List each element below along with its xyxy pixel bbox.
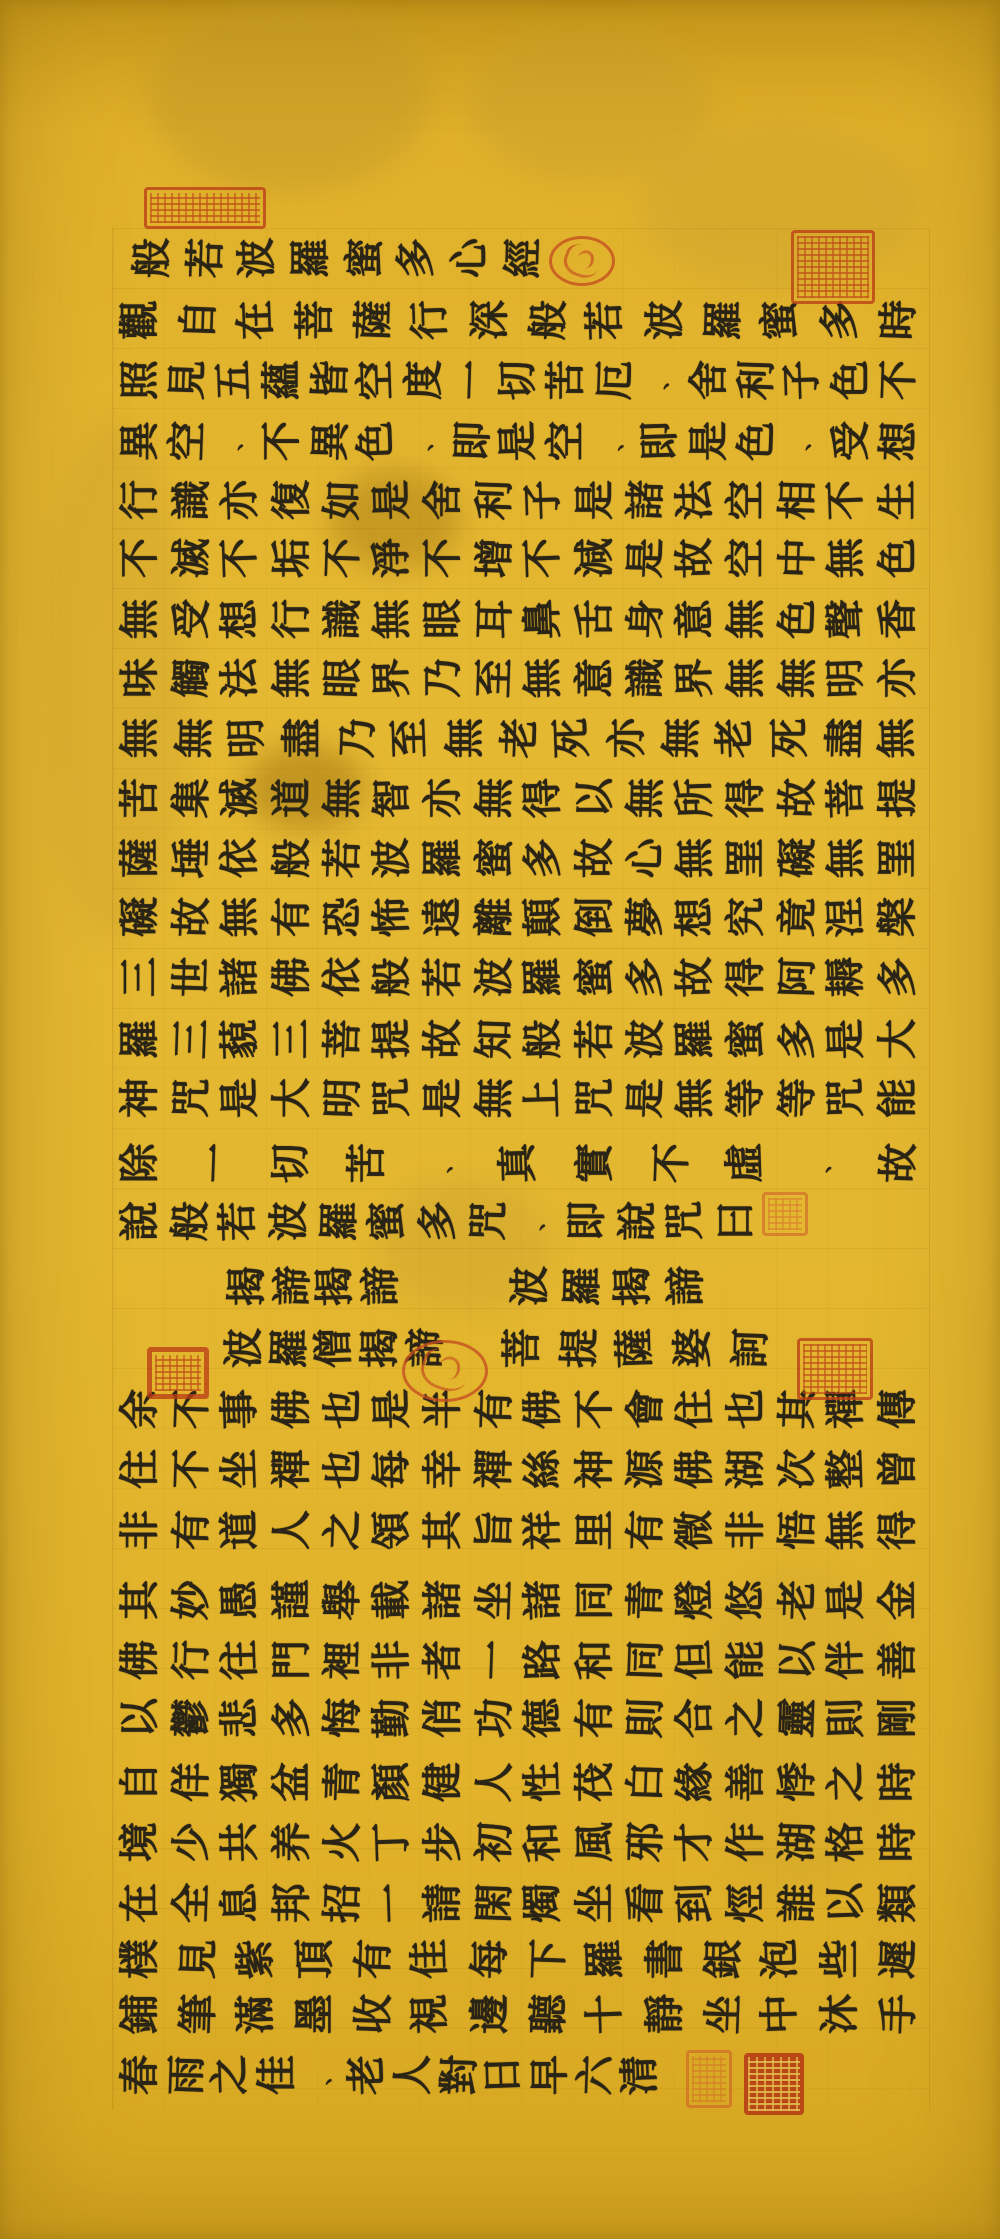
- calligraphy-char: 邪: [623, 1819, 671, 1865]
- calligraphy-char: 佳: [254, 2053, 300, 2097]
- calligraphy-char: 祥: [519, 1507, 567, 1553]
- calligraphy-char: 住: [117, 1447, 163, 1491]
- calligraphy-char: 伴: [823, 1637, 871, 1683]
- calligraphy-char: 同: [572, 1578, 618, 1622]
- calligraphy-char: 微: [671, 1507, 719, 1553]
- calligraphy-char: 增: [471, 535, 519, 581]
- calligraphy-char: 些: [817, 1937, 863, 1981]
- calligraphy-char: 鋪: [117, 1992, 163, 2036]
- text-row: 以鬱悲多悔勤俏功德有則合之靈則剛: [118, 1693, 920, 1743]
- calligraphy-char: 般: [269, 836, 315, 880]
- text-row: 觀自在菩薩行深般若波羅蜜多時: [118, 295, 920, 345]
- calligraphy-char: 泡: [757, 1936, 805, 1982]
- calligraphy-char: 無: [873, 715, 921, 761]
- calligraphy-char: 曾: [875, 1447, 921, 1491]
- calligraphy-char: 礙: [117, 895, 163, 939]
- calligraphy-char: 無: [368, 596, 416, 642]
- calligraphy-char: 其: [117, 1578, 163, 1622]
- calligraphy-char: 青: [623, 1577, 671, 1623]
- calligraphy-char: 舉: [319, 1577, 367, 1623]
- calligraphy-char: 揭: [224, 1264, 270, 1308]
- calligraphy-char: 也: [319, 1386, 367, 1432]
- calligraphy-char: 羅: [582, 1936, 630, 1982]
- calligraphy-char: 不: [823, 477, 871, 523]
- calligraphy-char: 行: [407, 297, 455, 343]
- calligraphy-char: 諦: [663, 1264, 709, 1308]
- calligraphy-char: 無: [671, 835, 719, 881]
- calligraphy-char: 得: [723, 776, 769, 820]
- calligraphy-char: 子: [519, 477, 567, 523]
- calligraphy-char: 之: [823, 1759, 871, 1805]
- calligraphy-char: 春: [117, 2053, 163, 2097]
- calligraphy-char: 無: [723, 597, 769, 641]
- calligraphy-char: 亦: [420, 776, 466, 820]
- calligraphy-char: 照: [117, 358, 163, 402]
- calligraphy-char: 不: [168, 1446, 216, 1492]
- text-row: 揭諦揭諦: [225, 1261, 403, 1311]
- calligraphy-char: 收: [350, 1991, 398, 2037]
- calligraphy-char: 婆: [670, 1326, 716, 1370]
- calligraphy-char: 切: [267, 1140, 315, 1186]
- calligraphy-char: 合: [671, 1695, 719, 1741]
- calligraphy-char: 無: [519, 655, 567, 701]
- text-row: 在全息邦招一請閑燭坐看到烴誰以類: [118, 1878, 920, 1928]
- calligraphy-char: 利: [733, 357, 781, 403]
- calligraphy-char: 邊: [467, 1992, 513, 2036]
- calligraphy-char: 色: [733, 418, 781, 464]
- calligraphy-char: 苦: [543, 358, 589, 402]
- calligraphy-char: 佳: [407, 1936, 455, 1982]
- calligraphy-char: 空: [165, 418, 213, 464]
- calligraphy-char: 是: [823, 1577, 871, 1623]
- text-row: 鋪筆滿墨收視邊聽十靜坐中沐手: [118, 1989, 920, 2039]
- calligraphy-char: 少: [168, 1819, 216, 1865]
- calligraphy-char: 幸: [420, 1447, 466, 1491]
- calligraphy-char: 虛: [722, 1140, 770, 1186]
- calligraphy-char: 受: [168, 596, 216, 642]
- calligraphy-char: 諸: [216, 954, 264, 1000]
- calligraphy-char: 多: [817, 298, 863, 342]
- calligraphy-char: 善: [875, 1638, 921, 1682]
- calligraphy-char: 波: [623, 1016, 671, 1062]
- calligraphy-char: 顛: [519, 894, 567, 940]
- calligraphy-char: 剛: [875, 1696, 921, 1740]
- calligraphy-char: 遲: [875, 1936, 923, 1982]
- calligraphy-char: 故: [420, 1017, 466, 1061]
- text-row: 其妙愚謹舉載諸坐諸同青燈悠老是金: [118, 1575, 920, 1625]
- calligraphy-char: 般: [368, 954, 416, 1000]
- calligraphy-char: 禪: [823, 1386, 871, 1432]
- text-row: 除一切苦、真實不虛、故: [118, 1138, 920, 1188]
- calligraphy-char: 鬱: [168, 1695, 216, 1741]
- calligraphy-char: 般: [129, 236, 175, 280]
- calligraphy-char: 薩: [611, 1325, 659, 1371]
- calligraphy-char: 明: [823, 655, 871, 701]
- calligraphy-char: 整: [823, 1446, 871, 1492]
- calligraphy-char: 風: [572, 1820, 618, 1864]
- calligraphy-char: 眼: [319, 655, 367, 701]
- calligraphy-char: 依: [319, 954, 367, 1000]
- calligraphy-char: 咒: [823, 1075, 871, 1121]
- calligraphy-char: 不: [648, 1140, 696, 1186]
- calligraphy-char: 三: [269, 1017, 315, 1061]
- calligraphy-char: 一: [368, 1880, 416, 1926]
- calligraphy-char: 禪: [471, 1446, 519, 1492]
- calligraphy-char: 悲: [216, 1695, 264, 1741]
- calligraphy-char: 羅: [420, 836, 466, 880]
- calligraphy-char: 切: [494, 357, 542, 403]
- calligraphy-char: 菩: [292, 298, 338, 342]
- calligraphy-char: 不: [117, 536, 163, 580]
- calligraphy-char: 色: [828, 358, 874, 402]
- calligraphy-char: 波: [221, 1326, 267, 1370]
- calligraphy-char: 菩: [499, 1326, 545, 1370]
- calligraphy-char: 道: [269, 776, 315, 820]
- calligraphy-char: 次: [774, 1446, 822, 1492]
- calligraphy-char: 能: [723, 1638, 769, 1682]
- calligraphy-char: 集: [168, 775, 216, 821]
- calligraphy-char: 藐: [216, 1016, 264, 1062]
- calligraphy-scroll: 般若波羅蜜多心經觀自在菩薩行深般若波羅蜜多時照見五蘊皆空度一切苦厄、舍利子色不異…: [0, 0, 1000, 2239]
- paper-stain: [150, 0, 430, 190]
- calligraphy-char: 界: [671, 655, 719, 701]
- text-row: 住不坐禪也每幸禪絲神源佛湖次整曾: [118, 1444, 920, 1494]
- calligraphy-char: 色: [774, 596, 822, 642]
- calligraphy-char: 曰: [713, 1199, 759, 1243]
- calligraphy-char: 雨: [163, 2052, 211, 2098]
- calligraphy-char: 死: [767, 716, 813, 760]
- calligraphy-char: 諸: [519, 1577, 567, 1623]
- calligraphy-char: 諦: [269, 1263, 317, 1309]
- calligraphy-char: 是: [494, 418, 542, 464]
- calligraphy-char: 湖: [723, 1447, 769, 1491]
- calligraphy-char: 多: [269, 1696, 315, 1740]
- text-row: 照見五蘊皆空度一切苦厄、舍利子色不: [118, 355, 920, 405]
- calligraphy-char: 其: [420, 1508, 466, 1552]
- red-seal-top-left-rect: [144, 187, 266, 229]
- calligraphy-char: 依: [216, 835, 264, 881]
- calligraphy-char: 若: [420, 955, 466, 999]
- calligraphy-char: 銀: [700, 1936, 748, 1982]
- text-row: 神咒是大明咒是無上咒是無等等咒能: [118, 1073, 920, 1123]
- calligraphy-char: 相: [774, 477, 822, 523]
- calligraphy-char: 倒: [572, 895, 618, 939]
- calligraphy-char: 老: [496, 715, 544, 761]
- calligraphy-char: 作: [723, 1820, 769, 1864]
- calligraphy-char: 非: [368, 1637, 416, 1683]
- calligraphy-char: 、: [636, 357, 684, 403]
- calligraphy-char: 等: [774, 1075, 822, 1121]
- calligraphy-char: 有: [623, 1507, 671, 1553]
- calligraphy-char: 明: [319, 1075, 367, 1121]
- calligraphy-char: 鼻: [519, 596, 567, 642]
- calligraphy-char: 蜜: [572, 955, 618, 999]
- calligraphy-char: 善: [723, 1760, 769, 1804]
- calligraphy-char: 得: [723, 955, 769, 999]
- calligraphy-char: 蜜: [471, 835, 519, 881]
- calligraphy-char: 波: [507, 1264, 553, 1308]
- calligraphy-char: 息: [216, 1880, 264, 1926]
- calligraphy-char: 初: [471, 1819, 519, 1865]
- calligraphy-char: 菩: [319, 1016, 367, 1062]
- calligraphy-char: 無: [471, 775, 519, 821]
- calligraphy-char: 無: [117, 597, 163, 641]
- calligraphy-char: 即: [449, 418, 497, 464]
- calligraphy-char: 不: [319, 535, 367, 581]
- calligraphy-char: 邦: [269, 1881, 315, 1925]
- calligraphy-char: 埵: [168, 835, 216, 881]
- calligraphy-char: 沐: [817, 1992, 863, 2036]
- calligraphy-char: 般: [525, 297, 573, 343]
- calligraphy-char: 頂: [292, 1937, 338, 1981]
- calligraphy-char: 但: [671, 1637, 719, 1683]
- calligraphy-char: 無: [442, 716, 488, 760]
- calligraphy-char: 無: [723, 656, 769, 700]
- calligraphy-char: 見: [165, 357, 213, 403]
- calligraphy-char: 見: [176, 1936, 224, 1982]
- calligraphy-char: 死: [548, 715, 596, 761]
- calligraphy-char: 提: [556, 1325, 604, 1371]
- calligraphy-char: 無: [269, 656, 315, 700]
- calligraphy-char: 故: [671, 535, 719, 581]
- calligraphy-char: 五: [210, 357, 258, 403]
- calligraphy-char: 是: [420, 1076, 466, 1120]
- calligraphy-char: 法: [671, 477, 719, 523]
- calligraphy-char: 格: [823, 1819, 871, 1865]
- text-row: 波羅僧揭諦: [222, 1323, 447, 1373]
- calligraphy-char: 類: [875, 1881, 921, 1925]
- calligraphy-char: 竟: [774, 894, 822, 940]
- calligraphy-char: 多: [392, 235, 440, 281]
- calligraphy-char: 想: [216, 596, 264, 642]
- calligraphy-char: 若: [182, 235, 230, 281]
- calligraphy-char: 、: [401, 419, 447, 463]
- calligraphy-char: 坐: [572, 1881, 618, 1925]
- calligraphy-char: 是: [572, 478, 618, 522]
- calligraphy-char: 盆: [269, 1760, 315, 1804]
- calligraphy-char: 事: [216, 1386, 264, 1432]
- calligraphy-char: 舍: [420, 478, 466, 522]
- calligraphy-char: 神: [117, 1076, 163, 1120]
- calligraphy-char: 減: [572, 536, 618, 580]
- calligraphy-char: 、: [778, 418, 826, 464]
- calligraphy-char: 墨: [292, 1992, 338, 2036]
- calligraphy-char: 蜜: [757, 297, 805, 343]
- calligraphy-char: 遠: [420, 895, 466, 939]
- calligraphy-char: 六: [573, 2052, 621, 2098]
- calligraphy-char: 、: [210, 418, 258, 464]
- calligraphy-char: 咒: [168, 1075, 216, 1121]
- calligraphy-char: 即: [564, 1199, 610, 1243]
- calligraphy-char: 說: [117, 1199, 163, 1243]
- calligraphy-char: 載: [368, 1577, 416, 1623]
- calligraphy-char: 咒: [661, 1198, 709, 1244]
- calligraphy-char: 即: [636, 418, 684, 464]
- calligraphy-char: 湖: [774, 1819, 822, 1865]
- calligraphy-char: 則: [623, 1695, 671, 1741]
- calligraphy-char: 中: [757, 1991, 805, 2037]
- calligraphy-char: 行: [269, 597, 315, 641]
- calligraphy-char: 以: [117, 1696, 163, 1740]
- calligraphy-char: 自: [117, 1760, 163, 1804]
- calligraphy-char: 書: [642, 1937, 688, 1981]
- calligraphy-char: 坐: [700, 1991, 748, 2037]
- calligraphy-char: 亦: [875, 656, 921, 700]
- calligraphy-char: 涅: [823, 894, 871, 940]
- calligraphy-char: 丁: [368, 1819, 416, 1865]
- calligraphy-char: 筆: [176, 1991, 224, 2037]
- calligraphy-char: 是: [623, 535, 671, 581]
- calligraphy-char: 旨: [471, 1507, 519, 1553]
- calligraphy-char: 說: [614, 1198, 662, 1244]
- calligraphy-char: 諸: [623, 477, 671, 523]
- calligraphy-char: 咒: [465, 1198, 513, 1244]
- calligraphy-char: 功: [471, 1695, 519, 1741]
- calligraphy-char: 里: [572, 1508, 618, 1552]
- calligraphy-char: 般: [167, 1198, 215, 1244]
- calligraphy-char: 神: [572, 1447, 618, 1491]
- calligraphy-char: 每: [467, 1937, 513, 1981]
- calligraphy-char: 識: [168, 477, 216, 523]
- calligraphy-char: 半: [420, 1387, 466, 1431]
- calligraphy-char: 燭: [519, 1880, 567, 1926]
- calligraphy-char: 烴: [723, 1881, 769, 1925]
- text-row: 薩埵依般若波羅蜜多故心無罣礙無罣: [118, 833, 920, 883]
- calligraphy-char: 無: [823, 1507, 871, 1553]
- calligraphy-char: 離: [471, 894, 519, 940]
- calligraphy-char: 罣: [723, 836, 769, 880]
- calligraphy-char: 智: [368, 775, 416, 821]
- calligraphy-char: 若: [319, 835, 367, 881]
- calligraphy-char: 誰: [774, 1880, 822, 1926]
- calligraphy-char: 老: [343, 2052, 391, 2098]
- calligraphy-char: 聲: [823, 596, 871, 642]
- calligraphy-char: 羅: [266, 1325, 314, 1371]
- calligraphy-char: 亦: [604, 716, 650, 760]
- calligraphy-char: 、: [299, 2052, 347, 2098]
- calligraphy-char: 提: [368, 1016, 416, 1062]
- calligraphy-char: 羅: [316, 1198, 364, 1244]
- calligraphy-char: 十: [582, 1991, 630, 2037]
- calligraphy-char: 一: [193, 1140, 241, 1186]
- text-row: 無無明盡乃至無老死亦無老死盡無: [118, 713, 920, 763]
- calligraphy-char: 無: [623, 775, 671, 821]
- calligraphy-char: 是: [368, 477, 416, 523]
- calligraphy-char: 僧: [310, 1325, 358, 1371]
- calligraphy-char: 裡: [319, 1637, 367, 1683]
- calligraphy-char: 佛: [269, 1387, 315, 1431]
- calligraphy-char: 住: [671, 1386, 719, 1432]
- calligraphy-char: 和: [519, 1819, 567, 1865]
- calligraphy-char: 羅: [288, 236, 334, 280]
- calligraphy-char: 如: [319, 477, 367, 523]
- calligraphy-char: 勤: [368, 1695, 416, 1741]
- calligraphy-char: 提: [875, 776, 921, 820]
- calligraphy-char: 中: [774, 535, 822, 581]
- calligraphy-char: 故: [572, 836, 618, 880]
- calligraphy-char: 訶: [727, 1325, 775, 1371]
- calligraphy-char: 养: [269, 1820, 315, 1864]
- calligraphy-char: 無: [671, 1075, 719, 1121]
- calligraphy-char: 火: [319, 1819, 367, 1865]
- calligraphy-char: 諦: [358, 1264, 404, 1308]
- calligraphy-char: 其: [774, 1386, 822, 1432]
- calligraphy-char: 究: [723, 895, 769, 939]
- text-row: 說般若波羅蜜多咒、即說咒曰: [118, 1196, 758, 1246]
- calligraphy-char: 人: [269, 1508, 315, 1552]
- text-row: 佛行往門裡非者一路和同但能以伴善: [118, 1635, 920, 1685]
- text-row: 樸見紫頂有佳每下羅書銀泡些遲: [118, 1934, 920, 1984]
- calligraphy-char: 空: [723, 536, 769, 580]
- calligraphy-char: 茷: [572, 1760, 618, 1804]
- calligraphy-char: 也: [723, 1387, 769, 1431]
- calligraphy-char: 樸: [117, 1937, 163, 1981]
- calligraphy-char: 早: [527, 2053, 573, 2097]
- calligraphy-char: 境: [117, 1820, 163, 1864]
- calligraphy-char: 厄: [591, 357, 639, 403]
- calligraphy-char: 紫: [232, 1936, 280, 1982]
- calligraphy-char: 恐: [319, 894, 367, 940]
- calligraphy-char: 不: [168, 1386, 216, 1432]
- calligraphy-char: 之: [723, 1696, 769, 1740]
- calligraphy-char: 法: [216, 655, 264, 701]
- calligraphy-char: 無: [774, 655, 822, 701]
- calligraphy-char: 、: [420, 1140, 468, 1186]
- calligraphy-char: 時: [875, 1760, 921, 1804]
- calligraphy-char: 聽: [525, 1991, 573, 2037]
- text-row: 三世諸佛依般若波羅蜜多故得阿耨多: [118, 952, 920, 1002]
- calligraphy-char: 步: [420, 1820, 466, 1864]
- calligraphy-char: 招: [319, 1880, 367, 1926]
- calligraphy-char: 行: [168, 1637, 216, 1683]
- calligraphy-char: 般: [519, 1016, 567, 1062]
- calligraphy-char: 日: [479, 2052, 527, 2098]
- calligraphy-char: 不: [216, 535, 264, 581]
- calligraphy-char: 健: [420, 1760, 466, 1804]
- calligraphy-char: 若: [572, 1017, 618, 1061]
- calligraphy-char: 妙: [168, 1577, 216, 1623]
- calligraphy-char: 波: [266, 1199, 312, 1243]
- calligraphy-char: 有: [350, 1936, 398, 1982]
- calligraphy-char: 意: [671, 596, 719, 642]
- calligraphy-char: 至: [386, 715, 434, 761]
- calligraphy-char: 羅: [117, 1017, 163, 1061]
- calligraphy-char: 舍: [686, 358, 732, 402]
- calligraphy-char: 故: [671, 954, 719, 1000]
- calligraphy-char: 悔: [319, 1695, 367, 1741]
- calligraphy-char: 意: [572, 656, 618, 700]
- text-row: 味觸法無眼界乃至無意識界無無明亦: [118, 653, 920, 703]
- calligraphy-char: 有: [269, 895, 315, 939]
- text-row: 余不事佛也是半有佛不會住也其禪傳: [118, 1384, 920, 1434]
- calligraphy-char: 實: [572, 1141, 618, 1185]
- calligraphy-char: 苦: [117, 776, 163, 820]
- calligraphy-char: 無: [319, 775, 367, 821]
- calligraphy-char: 故: [875, 1140, 923, 1186]
- calligraphy-char: 揭: [609, 1263, 657, 1309]
- calligraphy-char: 上: [519, 1075, 567, 1121]
- calligraphy-char: 礙: [774, 835, 822, 881]
- calligraphy-char: 非: [117, 1508, 163, 1552]
- calligraphy-char: 有: [572, 1696, 618, 1740]
- calligraphy-char: 緣: [671, 1759, 719, 1805]
- calligraphy-char: 想: [875, 418, 923, 464]
- calligraphy-char: 羅: [700, 297, 748, 343]
- calligraphy-char: 者: [420, 1638, 466, 1682]
- text-row: 菩提薩婆訶: [500, 1323, 772, 1373]
- calligraphy-char: 蜜: [341, 235, 389, 281]
- calligraphy-char: 悟: [774, 1507, 822, 1553]
